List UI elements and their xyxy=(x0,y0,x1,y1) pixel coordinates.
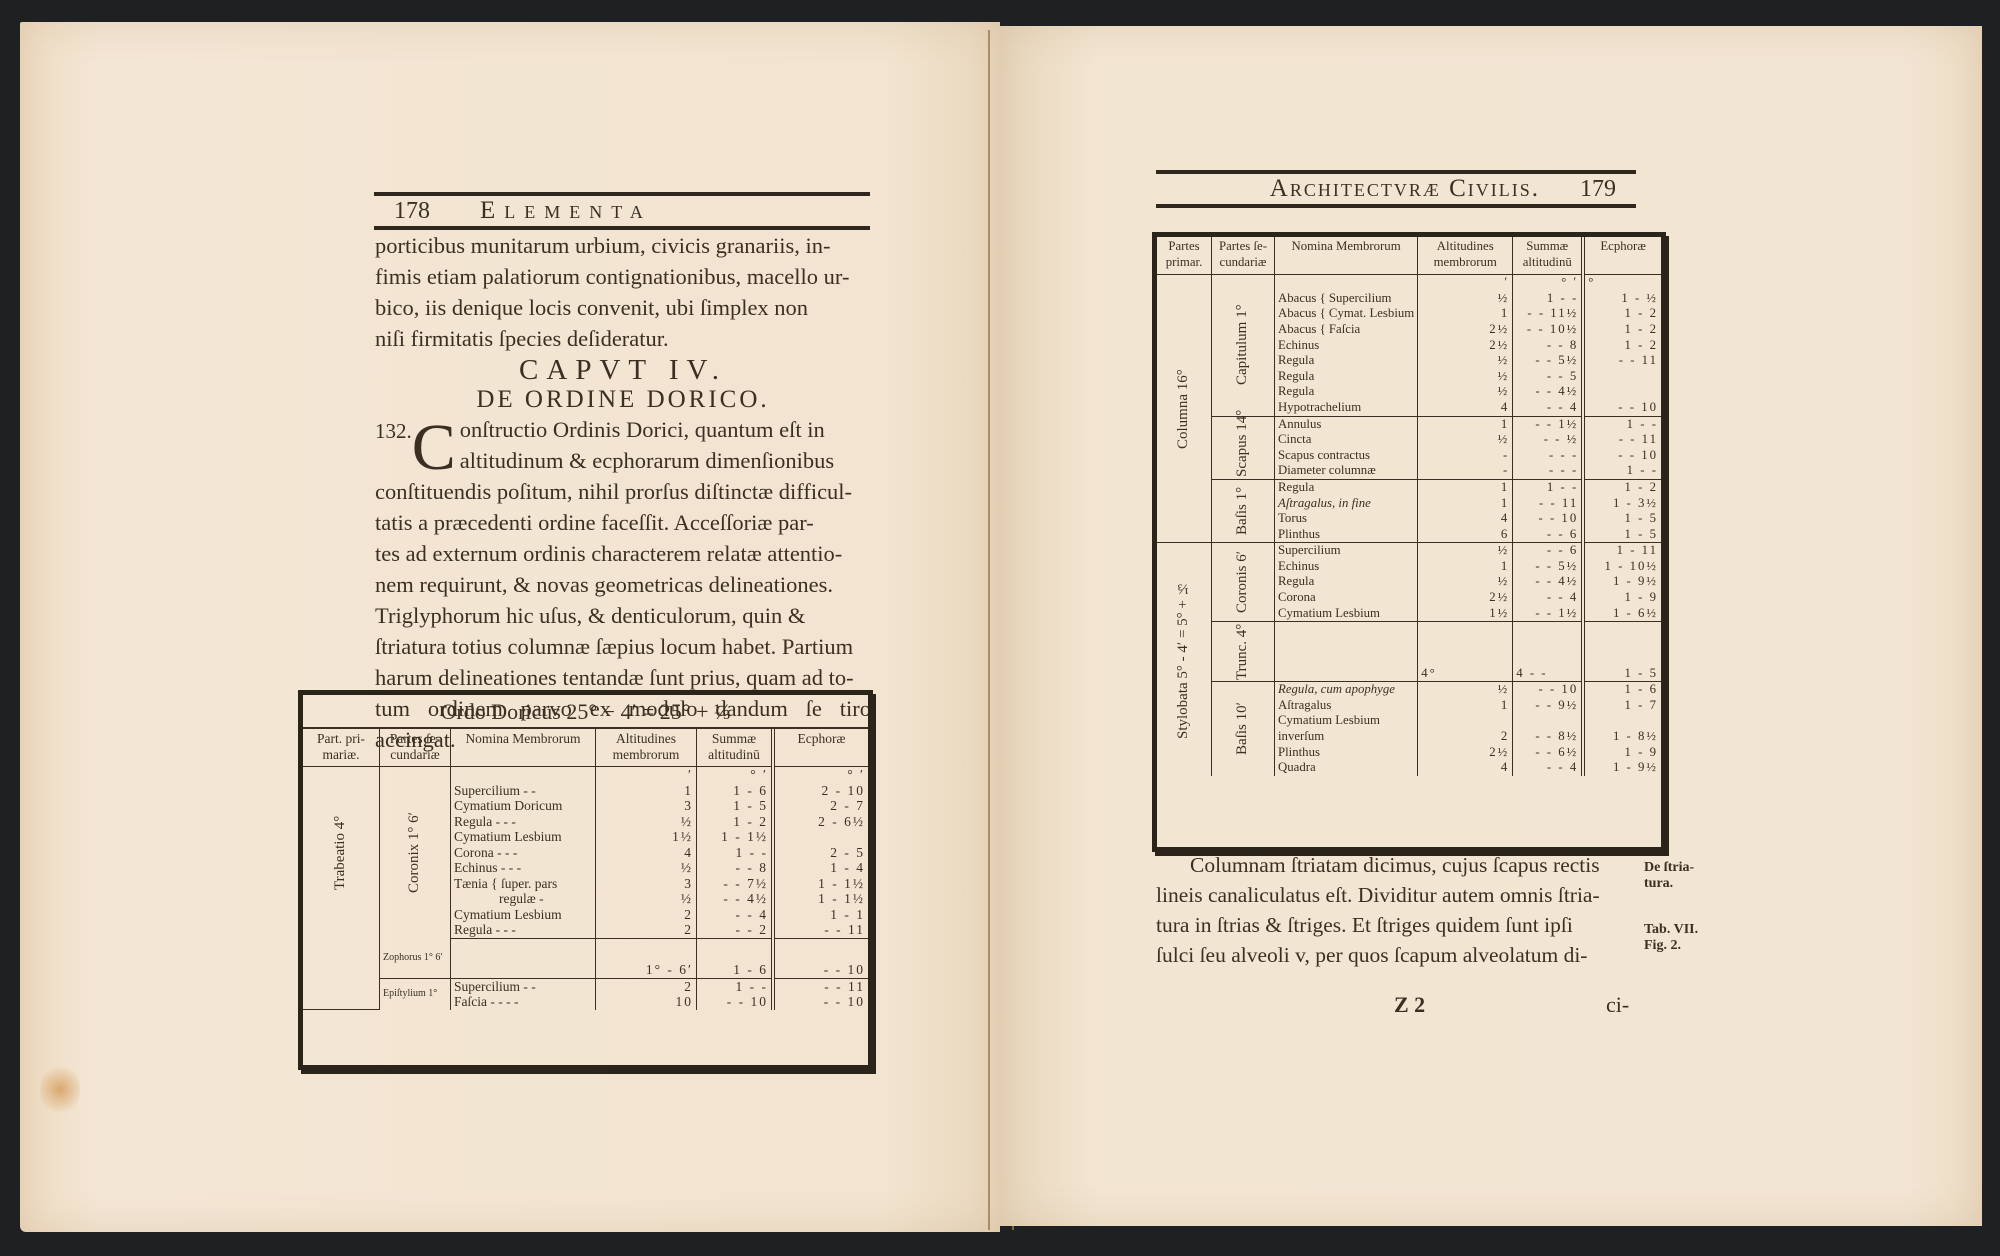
altitude: 3 xyxy=(596,798,697,814)
ecphora: 1 - ½ xyxy=(1583,291,1661,307)
col-header: Altitudines membrorum xyxy=(1418,237,1513,275)
table-row: Stylobata 5° - 4′ = 5° + ⅓ Coronis 6′ Su… xyxy=(1157,543,1661,559)
ecphora xyxy=(1583,384,1661,400)
ecphora: 1 - 6 xyxy=(1583,682,1661,698)
member-name: Hypotrachelium xyxy=(1275,400,1418,416)
text-line: lineis canaliculatus eſt. Dividitur aute… xyxy=(1156,880,1638,910)
sum: - - 4½ xyxy=(697,891,774,907)
altitude: 4 xyxy=(1418,511,1513,527)
member-name: Plinthus xyxy=(1275,527,1418,543)
striatura-paragraph: Columnam ſtriatam dicimus, cujus ſcapus … xyxy=(1156,850,1638,970)
secondary-part-value: 1° xyxy=(1234,305,1250,319)
altitude: 1 xyxy=(1418,306,1513,322)
sum: - - 4 xyxy=(1513,590,1584,606)
secondary-part-cell: Epiſtylium 1° xyxy=(380,978,451,1010)
col-header: Nomina Membrorum xyxy=(1275,237,1418,275)
altitude: ½ xyxy=(1418,369,1513,385)
ecphora: 2 - 7 xyxy=(773,798,868,814)
member-name: Echinus xyxy=(1275,559,1418,575)
secondary-part-value: 4° xyxy=(1234,623,1250,637)
member-name: Cymatium Lesbium xyxy=(451,829,596,845)
col-header: Summæ altitudinū xyxy=(697,729,774,767)
altitude: 10 xyxy=(596,994,697,1010)
text-line: Columnam ſtriatam dicimus, cujus ſcapus … xyxy=(1156,850,1638,880)
dimension-table: Part. pri-mariæ. Partes ſe-cundariæ Nomi… xyxy=(303,729,868,1010)
secondary-part-label: Capitulum xyxy=(1234,322,1250,385)
ecphora: 1 - 2 xyxy=(1583,479,1661,495)
sum: - - 10 xyxy=(1513,682,1584,698)
chapter-subtitle: DE ORDINE DORICO. xyxy=(375,386,871,414)
text-line: fimis etiam palatiorum contignationibus,… xyxy=(375,261,871,292)
sum: - - 4½ xyxy=(1513,384,1584,400)
dimension-table: Partes primar. Partes ſe-cundariæ Nomina… xyxy=(1157,237,1661,776)
member-name: Regula - - - xyxy=(451,814,596,830)
member-name: Tænia { ſuper. pars xyxy=(451,876,596,892)
ecphora: 2 - 10 xyxy=(773,783,868,799)
altitude: 1 xyxy=(1418,496,1513,512)
col-header: Ecphoræ xyxy=(1583,237,1661,275)
sum: - - 11 xyxy=(1513,496,1584,512)
text-line: niſi firmitatis ſpecies deſideratur. xyxy=(375,323,871,354)
blank-cell xyxy=(451,767,596,783)
secondary-part-label: Coronis xyxy=(1234,566,1250,614)
sum: - - 8½ xyxy=(1513,713,1584,744)
member-name xyxy=(451,938,596,978)
member-name: Scapus contractus xyxy=(1275,448,1418,464)
table-row: Baſis 10′ Regula, cum apophyge½- - 101 -… xyxy=(1157,682,1661,698)
ecphora: 1 - 1 xyxy=(773,907,868,923)
ecphora: - - 10 xyxy=(773,938,868,978)
right-page: Architectvræ Civilis. 179 Partes primar.… xyxy=(1000,26,1982,1226)
member-name: Regula xyxy=(1275,369,1418,385)
running-title: Elementa xyxy=(480,197,652,225)
sum: - - 9½ xyxy=(1513,698,1584,714)
secondary-part-cell: Baſis 1° xyxy=(1212,479,1275,542)
member-name: Aſtragalus xyxy=(1275,698,1418,714)
member-name: Cymatium Lesbium xyxy=(451,907,596,923)
secondary-part-cell: Coronix 1° 6′ xyxy=(380,767,451,939)
unit-cell: ° ′ xyxy=(1513,275,1584,291)
member-name xyxy=(1275,622,1418,682)
ecphora: 1 - 7 xyxy=(1583,698,1661,714)
blank-cell xyxy=(1275,275,1418,291)
secondary-part-label: Zophorus xyxy=(383,952,421,963)
ecphora: 1 - 11 xyxy=(1583,543,1661,559)
member-name: Diameter columnæ xyxy=(1275,463,1418,479)
ecphora: 1 - 6½ xyxy=(1583,606,1661,622)
primary-part-cell: Trabeatio 4° xyxy=(303,767,380,939)
sum: - - 5½ xyxy=(1513,353,1584,369)
col-header: Part. pri-mariæ. xyxy=(303,729,380,767)
primary-part-cell: Columna 16° xyxy=(1157,275,1212,543)
ecphora: 1 - 2 xyxy=(1583,322,1661,338)
secondary-part-value: 14° xyxy=(1234,409,1250,430)
signature-mark: Z 2 xyxy=(1394,992,1425,1018)
ecphora: 1 - 5 xyxy=(1583,527,1661,543)
sum: - - ½ xyxy=(1513,432,1584,448)
sum: - - 1½ xyxy=(1513,606,1584,622)
member-name: Supercilium xyxy=(1275,543,1418,559)
member-name: Plinthus xyxy=(1275,745,1418,761)
altitude: 1° - 6′ xyxy=(596,938,697,978)
sum: - - 4 xyxy=(1513,760,1584,776)
secondary-part-cell: Scapus 14° xyxy=(1212,416,1275,479)
ecphora: - - 10 xyxy=(1583,448,1661,464)
secondary-part-value: 10′ xyxy=(1234,703,1250,721)
chapter-title: CAPVT IV. xyxy=(375,354,871,387)
sum: - - 10½ xyxy=(1513,322,1584,338)
sum: - - 7½ xyxy=(697,876,774,892)
sum: - - 6½ xyxy=(1513,745,1584,761)
sum: 1 - 5 xyxy=(697,798,774,814)
ecphora: 1 - - xyxy=(1583,416,1661,432)
ecphora: 1 - 9½ xyxy=(1583,574,1661,590)
ecphora: - - 11 xyxy=(773,922,868,938)
text-line: ſtriatura totius columnæ ſæpius locum ha… xyxy=(375,631,871,662)
secondary-part-cell: Trunc. 4° xyxy=(1212,622,1275,682)
sum: 4 - - xyxy=(1513,622,1584,682)
sum: - - 5½ xyxy=(1513,559,1584,575)
altitude: ½ xyxy=(1418,682,1513,698)
col-header: Altitudines membrorum xyxy=(596,729,697,767)
table-row: Trunc. 4° 4° 4 - - 1 - 5 xyxy=(1157,622,1661,682)
sum: - - 6 xyxy=(1513,527,1584,543)
altitude: 1 xyxy=(1418,559,1513,575)
sum: 1 - 1½ xyxy=(697,829,774,845)
member-name: Supercilium - - xyxy=(451,978,596,994)
ecphora: 1 - 9½ xyxy=(1583,760,1661,776)
unit-cell: ° ′ xyxy=(773,767,868,783)
page-number: 179 xyxy=(1580,176,1616,203)
margin-note-striatura: De ſtria-tura. xyxy=(1644,860,1710,892)
altitude: 1½ xyxy=(596,829,697,845)
member-name: Regula xyxy=(1275,384,1418,400)
member-name: Cymatium Doricum xyxy=(451,798,596,814)
page-number: 178 xyxy=(394,198,430,225)
altitude: 2 xyxy=(1418,713,1513,744)
member-name: Quadra xyxy=(1275,760,1418,776)
col-header: Partes primar. xyxy=(1157,237,1212,275)
primary-part-label: Columna xyxy=(1175,394,1191,449)
left-page: 178 Elementa porticibus munitarum urbium… xyxy=(20,22,1000,1232)
sum: 1 - 2 xyxy=(697,814,774,830)
text-line: nem requirunt, & novas geometricas delin… xyxy=(375,569,871,600)
drop-cap: C xyxy=(412,420,456,476)
ecphora: 2 - 6½ xyxy=(773,814,868,830)
col-header: Summæ altitudinū xyxy=(1513,237,1584,275)
ecphora: 1 - 5 xyxy=(1583,511,1661,527)
member-name: Corona - - - xyxy=(451,845,596,861)
ecphora: - - 11 xyxy=(773,978,868,994)
ecphora: 1 - - xyxy=(1583,463,1661,479)
ecphora: 1 - 9 xyxy=(1583,590,1661,606)
ecphora: - - 11 xyxy=(1583,353,1661,369)
opening-text: porticibus munitarum urbium, civicis gra… xyxy=(375,230,871,354)
secondary-part-value: 1° xyxy=(428,988,437,999)
secondary-part-value: 1° 6′ xyxy=(424,952,443,963)
sum: - - 10 xyxy=(697,994,774,1010)
text-line: tatis a præcedenti ordine faceſſit. Acce… xyxy=(375,507,871,538)
ecphora: - - 11 xyxy=(1583,432,1661,448)
member-name: Torus xyxy=(1275,511,1418,527)
running-head-right: Architectvræ Civilis. 179 xyxy=(1156,170,1636,208)
col-header: Ecphoræ xyxy=(773,729,868,767)
altitude: 2 xyxy=(596,907,697,923)
secondary-part-label: Scapus xyxy=(1234,434,1250,477)
member-name: Cincta xyxy=(1275,432,1418,448)
sum: - - 11½ xyxy=(1513,306,1584,322)
secondary-part-cell: Baſis 10′ xyxy=(1212,682,1275,776)
ordo-doricus-table: Ordo Doricus 25° − 4′ = 25° + ⅓ Part. pr… xyxy=(298,690,873,1070)
primary-part-value: 16° xyxy=(1175,369,1191,390)
altitude: - xyxy=(1418,448,1513,464)
altitude: ½ xyxy=(1418,432,1513,448)
sum: 1 - - xyxy=(697,978,774,994)
paragraph-number: 132. xyxy=(375,416,412,447)
sum: - - 4 xyxy=(697,907,774,923)
secondary-part-label: Trunc. xyxy=(1234,641,1250,680)
primary-part-label: Trabeatio xyxy=(332,833,348,890)
altitude: 1½ xyxy=(1418,606,1513,622)
ecphora: 1 - 1½ xyxy=(773,891,868,907)
altitude: 6 xyxy=(1418,527,1513,543)
altitude: 2 xyxy=(596,922,697,938)
margin-note-plate-ref: Tab. VII. Fig. 2. xyxy=(1644,922,1710,954)
sum: - - 5 xyxy=(1513,369,1584,385)
catchword: ci- xyxy=(1606,992,1629,1018)
ecphora xyxy=(1583,369,1661,385)
sum: 1 - - xyxy=(1513,291,1584,307)
altitude: 1 xyxy=(1418,479,1513,495)
unit-cell: ° xyxy=(1583,275,1661,291)
member-name: Regula - - - xyxy=(451,922,596,938)
altitude: - xyxy=(1418,463,1513,479)
table-header-row: Partes primar. Partes ſe-cundariæ Nomina… xyxy=(1157,237,1661,275)
primary-part-cell: Stylobata 5° - 4′ = 5° + ⅓ xyxy=(1157,543,1212,776)
member-name: Regula, cum apophyge xyxy=(1275,682,1418,698)
sum: 1 - - xyxy=(1513,479,1584,495)
text-line: tura in ſtrias & ſtriges. Et ſtriges qui… xyxy=(1156,910,1638,940)
secondary-part-value: 1° xyxy=(1234,487,1250,501)
ecphora: 1 - 10½ xyxy=(1583,559,1661,575)
unit-cell: ° ′ xyxy=(697,767,774,783)
member-name: Abacus { Supercilium xyxy=(1275,291,1418,307)
altitude: 2½ xyxy=(1418,338,1513,354)
primary-part-label: Stylobata xyxy=(1175,682,1191,739)
sum: - - 8 xyxy=(697,860,774,876)
ecphora: 1 - 5 xyxy=(1583,622,1661,682)
table-row: Epiſtylium 1° Supercilium - - 2 1 - - - … xyxy=(303,978,868,994)
secondary-part-label: Epiſtylium xyxy=(383,988,426,999)
text-line: porticibus munitarum urbium, civicis gra… xyxy=(375,230,871,261)
altitude: 4° xyxy=(1418,622,1513,682)
altitude: 2 xyxy=(596,978,697,994)
altitude: 4 xyxy=(1418,400,1513,416)
altitude: ½ xyxy=(1418,543,1513,559)
altitude: 2½ xyxy=(1418,590,1513,606)
sum: 1 - - xyxy=(697,845,774,861)
altitude: 2½ xyxy=(1418,322,1513,338)
member-name: Annulus xyxy=(1275,416,1418,432)
altitude: ½ xyxy=(1418,384,1513,400)
altitude: ½ xyxy=(596,860,697,876)
unit-row: Trabeatio 4° Coronix 1° 6′ ′ ° ′ ° ′ xyxy=(303,767,868,783)
primary-part-value: 5° - 4′ = 5° + ⅓ xyxy=(1175,580,1191,678)
secondary-part-value: 6′ xyxy=(1234,551,1250,562)
ecphora: 1 - 8½ xyxy=(1583,713,1661,744)
altitude: ½ xyxy=(1418,291,1513,307)
altitude: 1 xyxy=(1418,698,1513,714)
altitude: ½ xyxy=(1418,574,1513,590)
text-line: Triglyphorum hic uſus, & denticulorum, q… xyxy=(375,600,871,631)
unit-row: Columna 16° Capitulum 1° ′ ° ′ ° xyxy=(1157,275,1661,291)
ecphora: 1 - 2 xyxy=(1583,306,1661,322)
col-header: Nomina Membrorum xyxy=(451,729,596,767)
altitude: ½ xyxy=(596,891,697,907)
sum: - - 8 xyxy=(1513,338,1584,354)
ecphora: 1 - 2 xyxy=(1583,338,1661,354)
unit-cell: ′ xyxy=(596,767,697,783)
secondary-part-label: Baſis xyxy=(1234,504,1250,535)
altitude: 4 xyxy=(596,845,697,861)
member-name: regulæ - xyxy=(451,891,596,907)
ecphora: 1 - 3½ xyxy=(1583,496,1661,512)
column-stylobate-table: Partes primar. Partes ſe-cundariæ Nomina… xyxy=(1152,232,1666,852)
primary-part-cell-empty xyxy=(303,938,380,1010)
ecphora: 1 - 9 xyxy=(1583,745,1661,761)
table-row: Zophorus 1° 6′ 1° - 6′ 1 - 6 - - 10 xyxy=(303,938,868,978)
member-name: Supercilium - - xyxy=(451,783,596,799)
member-name: Echinus xyxy=(1275,338,1418,354)
altitude: 2½ xyxy=(1418,745,1513,761)
text-line: ſulci ſeu alveoli v, per quos ſcapum alv… xyxy=(1156,940,1638,970)
secondary-part-cell: Zophorus 1° 6′ xyxy=(380,938,451,978)
sum: - - 10 xyxy=(1513,511,1584,527)
ecphora: 2 - 5 xyxy=(773,845,868,861)
ecphora xyxy=(773,829,868,845)
ecphora: 1 - 1½ xyxy=(773,876,868,892)
table-caption: Ordo Doricus 25° − 4′ = 25° + ⅓ xyxy=(303,695,868,729)
member-name: Abacus { Cymat. Lesbium xyxy=(1275,306,1418,322)
altitude: ½ xyxy=(596,814,697,830)
text-line: tes ad externum ordinis characterem rela… xyxy=(375,538,871,569)
member-name: Cymatium Lesbium xyxy=(1275,606,1418,622)
running-title: Architectvræ Civilis. xyxy=(1270,175,1540,203)
primary-part-value: 4° xyxy=(332,815,348,829)
sum: - - - xyxy=(1513,448,1584,464)
col-header: Partes ſe-cundariæ xyxy=(380,729,451,767)
running-head-left: 178 Elementa xyxy=(374,192,870,230)
text-line: bico, iis denique locis convenit, ubi ſi… xyxy=(375,292,871,323)
sum: - - 1½ xyxy=(1513,416,1584,432)
col-header: Partes ſe-cundariæ xyxy=(1212,237,1275,275)
secondary-part-label: Coronix xyxy=(406,844,422,893)
sum: - - 6 xyxy=(1513,543,1584,559)
altitude: ½ xyxy=(1418,353,1513,369)
sum: - - 2 xyxy=(697,922,774,938)
unit-cell: ′ xyxy=(1418,275,1513,291)
secondary-part-label: Baſis xyxy=(1234,725,1250,756)
table-header-row: Part. pri-mariæ. Partes ſe-cundariæ Nomi… xyxy=(303,729,868,767)
member-name: Regula xyxy=(1275,574,1418,590)
text-line: harum delineationes tentandæ ſunt prius,… xyxy=(375,662,871,693)
member-name: Regula xyxy=(1275,479,1418,495)
ecphora: - - 10 xyxy=(773,994,868,1010)
foxing-stain xyxy=(40,1062,80,1117)
member-name: Cymatium Lesbium inverſum xyxy=(1275,713,1418,744)
secondary-part-cell: Capitulum 1° xyxy=(1212,275,1275,416)
altitude: 1 xyxy=(596,783,697,799)
sum: - - - xyxy=(1513,463,1584,479)
sum: - - 4 xyxy=(1513,400,1584,416)
altitude: 3 xyxy=(596,876,697,892)
member-name: Echinus - - - xyxy=(451,860,596,876)
member-name: Corona xyxy=(1275,590,1418,606)
sum: 1 - 6 xyxy=(697,783,774,799)
secondary-part-cell: Coronis 6′ xyxy=(1212,543,1275,622)
member-name: Regula xyxy=(1275,353,1418,369)
secondary-part-value: 1° 6′ xyxy=(406,812,422,840)
altitude: 1 xyxy=(1418,416,1513,432)
sum: - - 4½ xyxy=(1513,574,1584,590)
table-row: Scapus 14° Annulus1- - 1½1 - - xyxy=(1157,416,1661,432)
member-name: Faſcia - - - - xyxy=(451,994,596,1010)
member-name: Aſtragalus, in fine xyxy=(1275,496,1418,512)
altitude: 4 xyxy=(1418,760,1513,776)
ecphora: 1 - 4 xyxy=(773,860,868,876)
member-name: Abacus { Faſcia xyxy=(1275,322,1418,338)
table-row: Baſis 1° Regula11 - -1 - 2 xyxy=(1157,479,1661,495)
ecphora: - - 10 xyxy=(1583,400,1661,416)
text-line: conſtituendis poſitum, nihil prorſus diſ… xyxy=(375,476,871,507)
sum: 1 - 6 xyxy=(697,938,774,978)
gutter-fold xyxy=(988,30,990,1230)
